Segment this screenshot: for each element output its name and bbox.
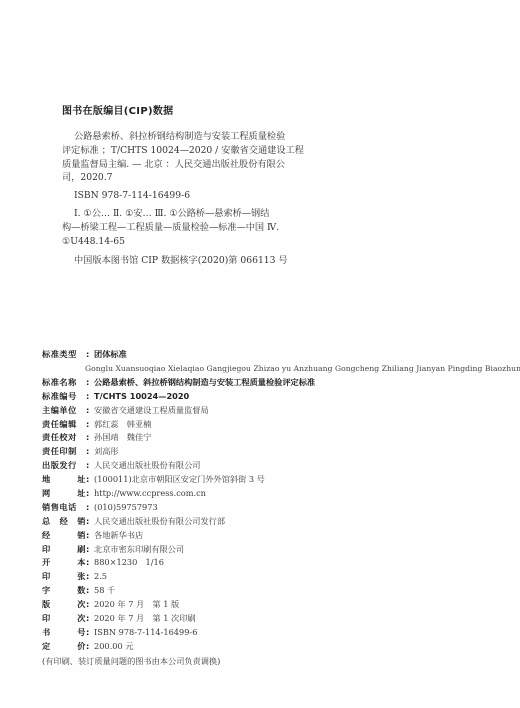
row-standard-number: 标准编号 : T/CHTS 10024—2020 xyxy=(42,390,512,404)
colon: : xyxy=(86,584,94,598)
label-char: 字 xyxy=(42,584,51,598)
row-sales-phone: 销售电话 : (010)59757973 xyxy=(42,501,512,515)
label-book-number: 书 号 xyxy=(42,626,86,640)
row-price: 定 价 : 200.00 元 xyxy=(42,640,512,654)
row-standard-name: 标准名称 : 公路悬索桥、斜拉桥钢结构制造与安装工程质量检验评定标准 xyxy=(42,376,512,390)
cip-title: 图书在版编目(CIP)数据 xyxy=(62,104,362,120)
row-publisher: 出版发行 : 人民交通出版社股份有限公司 xyxy=(42,459,512,473)
label-char: 印 xyxy=(42,543,51,557)
label-char: 刷 xyxy=(77,543,86,557)
value-website: http://www.ccpress.com.cn xyxy=(94,487,206,501)
value-sheets: 2.5 xyxy=(94,570,107,584)
value-standard-name: 公路悬索桥、斜拉桥钢结构制造与安装工程质量检验评定标准 xyxy=(94,376,315,390)
row-format: 开 本 : 880×1230 1/16 xyxy=(42,556,512,570)
colon: : xyxy=(86,404,94,418)
label-char: 次 xyxy=(77,612,86,626)
colon: : xyxy=(86,529,94,543)
label-char: 书 xyxy=(42,626,51,640)
colon: : xyxy=(86,612,94,626)
value-standard-number: T/CHTS 10024—2020 xyxy=(94,390,189,404)
label-char: 号 xyxy=(77,626,86,640)
cip-description-line: 评定标准 ；T/CHTS 10024—2020 / 安徽省交通建设工程 xyxy=(62,144,362,158)
colon: : xyxy=(86,556,94,570)
colon: : xyxy=(86,626,94,640)
value-chief-editor-unit: 安徽省交通建设工程质量监督局 xyxy=(94,404,209,418)
label-char: 销 xyxy=(77,515,86,529)
label-responsible-editor: 责任编辑 xyxy=(42,418,86,432)
row-responsible-editor: 责任编辑 : 郭红蕊 韩亚楠 xyxy=(42,418,512,432)
colon: : xyxy=(86,459,94,473)
value-printer: 北京市密东印刷有限公司 xyxy=(94,543,184,557)
value-book-number: ISBN 978-7-114-16499-6 xyxy=(94,626,197,640)
label-char: 印 xyxy=(42,612,51,626)
label-impression: 印 次 xyxy=(42,612,86,626)
label-char: 张 xyxy=(77,570,86,584)
cip-description-line: 质量监督局主编. — 北京 ：人民交通出版社股份有限公 xyxy=(62,158,362,172)
row-edition: 版 次 : 2020 年 7 月 第 1 版 xyxy=(42,598,512,612)
colon: : xyxy=(86,418,94,432)
label-char: 开 xyxy=(42,556,51,570)
label-word-count: 字 数 xyxy=(42,584,86,598)
cip-description-line: 司，2020.7 xyxy=(62,171,362,185)
row-standard-type: 标准类型 : 团体标准 xyxy=(42,348,512,362)
colon: : xyxy=(86,390,94,404)
row-general-distributor: 总 经 销 : 人民交通出版社股份有限公司发行部 xyxy=(42,515,512,529)
colon: : xyxy=(86,515,94,529)
label-price: 定 价 xyxy=(42,640,86,654)
cip-classification-line: 构—桥梁工程—工程质量—质量检验—标准—中国 Ⅳ. xyxy=(62,221,362,235)
colon: : xyxy=(86,598,94,612)
row-address: 地 址 : (100011)北京市朝阳区安定门外外馆斜街 3 号 xyxy=(42,473,512,487)
value-format: 880×1230 1/16 xyxy=(94,556,164,570)
label-proofreader: 责任校对 xyxy=(42,431,86,445)
value-general-distributor: 人民交通出版社股份有限公司发行部 xyxy=(94,515,225,529)
label-sheets: 印 张 xyxy=(42,570,86,584)
label-char: 本 xyxy=(77,556,86,570)
cip-description: 公路悬索桥、斜拉桥钢结构制造与安装工程质量检验 评定标准 ；T/CHTS 100… xyxy=(62,130,362,185)
replacement-footnote: (有印刷、装订质量问题的图书由本公司负责调换) xyxy=(42,654,512,668)
label-standard-number: 标准编号 xyxy=(42,390,86,404)
label-char: 版 xyxy=(42,598,51,612)
cip-description-line: 公路悬索桥、斜拉桥钢结构制造与安装工程质量检验 xyxy=(62,130,362,144)
colon: : xyxy=(86,348,94,362)
label-char: 销 xyxy=(77,529,86,543)
value-responsible-editor: 郭红蕊 韩亚楠 xyxy=(94,418,151,432)
cip-classification-line: ①U448.14-65 xyxy=(62,235,362,249)
label-chief-editor-unit: 主编单位 xyxy=(42,404,86,418)
label-char: 址 xyxy=(77,473,86,487)
label-distributor: 经 销 xyxy=(42,529,86,543)
cip-classification: Ⅰ. ①公… Ⅱ. ①安… Ⅲ. ①公路桥—悬索桥—钢结 构—桥梁工程—工程质量… xyxy=(62,207,362,248)
value-publisher: 人民交通出版社股份有限公司 xyxy=(94,459,200,473)
row-proofreader: 责任校对 : 孙国靖 魏佳宁 xyxy=(42,431,512,445)
label-char: 网 xyxy=(42,487,51,501)
label-char: 定 xyxy=(42,640,51,654)
value-price: 200.00 元 xyxy=(94,640,133,654)
value-address: (100011)北京市朝阳区安定门外外馆斜街 3 号 xyxy=(94,473,265,487)
label-char: 印 xyxy=(42,570,51,584)
cip-isbn: ISBN 978-7-114-16499-6 xyxy=(62,189,362,203)
label-char: 址 xyxy=(77,487,86,501)
colon: : xyxy=(86,445,94,459)
pinyin-title: Gonglu Xuansuoqiao Xielaqiao Gangjiegou … xyxy=(42,362,512,376)
cip-classification-line: Ⅰ. ①公… Ⅱ. ①安… Ⅲ. ①公路桥—悬索桥—钢结 xyxy=(62,207,362,221)
cip-data-block: 图书在版编目(CIP)数据 公路悬索桥、斜拉桥钢结构制造与安装工程质量检验 评定… xyxy=(62,104,362,268)
colon: : xyxy=(86,543,94,557)
label-printer: 印 刷 xyxy=(42,543,86,557)
row-sheets: 印 张 : 2.5 xyxy=(42,570,512,584)
row-printer: 印 刷 : 北京市密东印刷有限公司 xyxy=(42,543,512,557)
colon: : xyxy=(86,640,94,654)
value-edition: 2020 年 7 月 第 1 版 xyxy=(94,598,179,612)
label-char: 总 xyxy=(42,515,51,529)
label-website: 网 址 xyxy=(42,487,86,501)
value-standard-type: 团体标准 xyxy=(94,348,127,362)
row-impression: 印 次 : 2020 年 7 月 第 1 次印刷 xyxy=(42,612,512,626)
row-book-number: 书 号 : ISBN 978-7-114-16499-6 xyxy=(42,626,512,640)
label-publisher: 出版发行 xyxy=(42,459,86,473)
colon: : xyxy=(86,376,94,390)
row-word-count: 字 数 : 58 千 xyxy=(42,584,512,598)
value-word-count: 58 千 xyxy=(94,584,115,598)
value-print-supervisor: 刘高彤 xyxy=(94,445,119,459)
row-chief-editor-unit: 主编单位 : 安徽省交通建设工程质量监督局 xyxy=(42,404,512,418)
label-char: 地 xyxy=(42,473,51,487)
colon: : xyxy=(86,473,94,487)
colon: : xyxy=(86,570,94,584)
row-distributor: 经 销 : 各地新华书店 xyxy=(42,529,512,543)
colophon-block: 标准类型 : 团体标准 Gonglu Xuansuoqiao Xielaqiao… xyxy=(42,348,512,668)
label-print-supervisor: 责任印制 xyxy=(42,445,86,459)
label-edition: 版 次 xyxy=(42,598,86,612)
colon: : xyxy=(86,431,94,445)
label-char: 价 xyxy=(77,640,86,654)
copyright-page: 图书在版编目(CIP)数据 公路悬索桥、斜拉桥钢结构制造与安装工程质量检验 评定… xyxy=(0,0,520,708)
value-distributor: 各地新华书店 xyxy=(94,529,143,543)
value-proofreader: 孙国靖 魏佳宁 xyxy=(94,431,151,445)
label-standard-name: 标准名称 xyxy=(42,376,86,390)
colon: : xyxy=(86,501,94,515)
label-address: 地 址 xyxy=(42,473,86,487)
cip-number: 中国版本图书馆 CIP 数据核字(2020)第 066113 号 xyxy=(62,254,362,268)
cip-number-line: 中国版本图书馆 CIP 数据核字(2020)第 066113 号 xyxy=(62,254,362,268)
label-char: 次 xyxy=(77,598,86,612)
label-standard-type: 标准类型 xyxy=(42,348,86,362)
label-char: 经 xyxy=(42,529,51,543)
colon: : xyxy=(86,487,94,501)
label-char: 数 xyxy=(77,584,86,598)
value-sales-phone: (010)59757973 xyxy=(94,501,158,515)
row-print-supervisor: 责任印制 : 刘高彤 xyxy=(42,445,512,459)
row-website: 网 址 : http://www.ccpress.com.cn xyxy=(42,487,512,501)
label-general-distributor: 总 经 销 xyxy=(42,515,86,529)
cip-isbn-line: ISBN 978-7-114-16499-6 xyxy=(62,189,362,203)
label-char: 经 xyxy=(60,515,69,529)
label-format: 开 本 xyxy=(42,556,86,570)
label-sales-phone: 销售电话 xyxy=(42,501,86,515)
value-impression: 2020 年 7 月 第 1 次印刷 xyxy=(94,612,196,626)
